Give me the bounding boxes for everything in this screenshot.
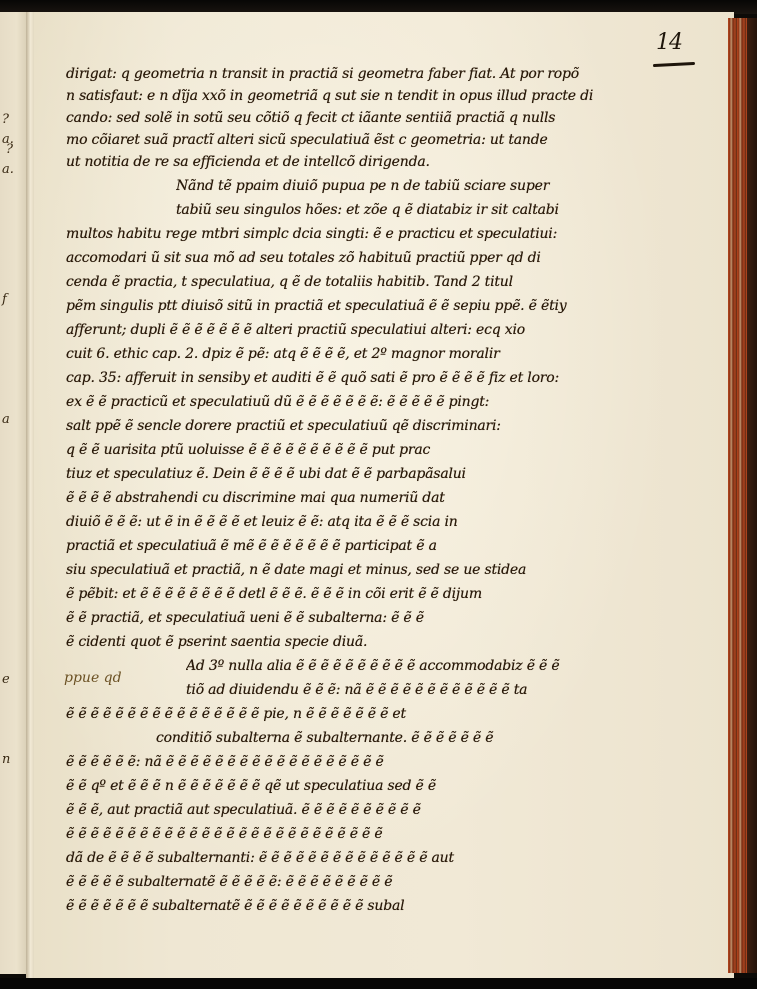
text-line: afferunt; dupli ẽ ẽ ẽ ẽ ẽ ẽ ẽ alteri pra… [66, 322, 678, 344]
text-line: tabiũ seu singulos hões: et zõe q ẽ diat… [176, 202, 676, 224]
text-line: cap. 35: afferuit in sensiby et auditi ẽ… [66, 370, 678, 392]
text-line: ex ẽ ẽ practicũ et speculatiuũ dũ ẽ ẽ ẽ … [66, 394, 678, 416]
left-page-fragment: ? a. ? a. f a e n [0, 12, 28, 974]
text-line: cenda ẽ practia, t speculatiua, q ẽ de t… [66, 274, 678, 296]
text-line: tiõ ad diuidendu ẽ ẽ ẽ: nã ẽ ẽ ẽ ẽ ẽ ẽ ẽ… [186, 682, 676, 704]
text-line: mo cõiaret suã practĩ alteri sicũ specul… [66, 132, 678, 154]
left-page-text: ? [6, 142, 13, 157]
text-line: siu speculatiuã et practiã, n ẽ date mag… [66, 562, 678, 584]
text-line: Nãnd tẽ ppaim diuiõ pupua pe n de tabiũ … [176, 178, 676, 200]
text-line: dã de ẽ ẽ ẽ ẽ subalternanti: ẽ ẽ ẽ ẽ ẽ ẽ… [66, 850, 678, 872]
text-line: cuit 6. ethic cap. 2. dpiz ẽ pẽ: atq ẽ ẽ… [66, 346, 678, 368]
left-page-text: a. [2, 162, 14, 177]
scan-bottom-shadow [0, 978, 757, 989]
text-line: q ẽ ẽ uarisita ptũ uoluisse ẽ ẽ ẽ ẽ ẽ ẽ … [66, 442, 678, 464]
text-line: Ad 3º nulla alia ẽ ẽ ẽ ẽ ẽ ẽ ẽ ẽ ẽ ẽ acc… [186, 658, 676, 680]
text-line: ẽ ẽ qº et ẽ ẽ ẽ n ẽ ẽ ẽ ẽ ẽ ẽ ẽ qẽ ut sp… [66, 778, 678, 800]
text-line: ẽ ẽ ẽ ẽ ẽ ẽ ẽ ẽ ẽ ẽ ẽ ẽ ẽ ẽ ẽ ẽ pie, n ẽ… [66, 706, 678, 728]
text-line: ẽ ẽ ẽ ẽ abstrahendi cu discrimine mai qu… [66, 490, 678, 512]
text-line: ẽ ẽ ẽ ẽ ẽ ẽ: nã ẽ ẽ ẽ ẽ ẽ ẽ ẽ ẽ ẽ ẽ ẽ ẽ … [66, 754, 678, 776]
left-page-text: e [2, 672, 10, 687]
text-line: practiã et speculatiuã ẽ mẽ ẽ ẽ ẽ ẽ ẽ ẽ … [66, 538, 678, 560]
text-line: ẽ ẽ ẽ ẽ ẽ subalternatẽ ẽ ẽ ẽ ẽ ẽ: ẽ ẽ ẽ … [66, 874, 678, 896]
left-page-text: n [2, 752, 10, 767]
text-line: diuiõ ẽ ẽ ẽ: ut ẽ in ẽ ẽ ẽ ẽ et leuiz ẽ … [66, 514, 678, 536]
text-line: n satisfaut: e n dĩja xxõ in geometriã q… [66, 88, 678, 110]
text-line: ẽ cidenti quot ẽ pserint saentia specie … [66, 634, 446, 656]
left-page-text: a [2, 412, 10, 427]
text-line: salt ppẽ ẽ sencle dorere practiũ et spec… [66, 418, 678, 440]
text-line: tiuz et speculatiuz ẽ. Dein ẽ ẽ ẽ ẽ ubi … [66, 466, 678, 488]
text-line: conditiõ subalterna ẽ subalternante. ẽ ẽ… [156, 730, 676, 752]
text-line: accomodari ũ sit sua mõ ad seu totales z… [66, 250, 678, 272]
page-edges-red [728, 18, 757, 973]
margin-note: ppue qd [64, 670, 122, 686]
text-line: ẽ pẽbit: et ẽ ẽ ẽ ẽ ẽ ẽ ẽ ẽ detl ẽ ẽ ẽ. … [66, 586, 678, 608]
text-line: ẽ ẽ ẽ ẽ ẽ ẽ ẽ subalternatẽ ẽ ẽ ẽ ẽ ẽ ẽ ẽ… [66, 898, 678, 920]
text-line: ut notitia de re sa efficienda et de int… [66, 154, 606, 176]
text-line: multos habitu rege mtbri simplc dcia sin… [66, 226, 678, 248]
text-line: ẽ ẽ ẽ, aut practiã aut speculatiuã. ẽ ẽ … [66, 802, 678, 824]
text-line: dirigat: q geometria n transit in practi… [66, 66, 678, 88]
text-line: cando: sed solẽ in sotũ seu cõtiõ q feci… [66, 110, 678, 132]
text-line: pẽm singulis ptt diuisõ sitũ in practiã … [66, 298, 678, 320]
page-number: 14 [656, 30, 682, 55]
text-line: ẽ ẽ practiã, et speculatiuã ueni ẽ ẽ sub… [66, 610, 678, 632]
text-line: ẽ ẽ ẽ ẽ ẽ ẽ ẽ ẽ ẽ ẽ ẽ ẽ ẽ ẽ ẽ ẽ ẽ ẽ ẽ ẽ … [66, 826, 678, 848]
left-page-text: f [2, 292, 7, 307]
left-page-text: ? [2, 112, 9, 127]
